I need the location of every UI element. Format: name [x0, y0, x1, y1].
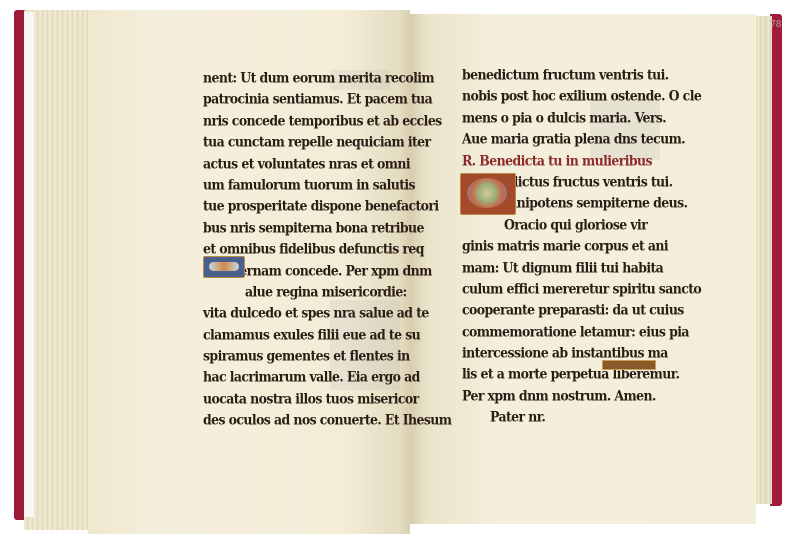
text-line: des oculos ad nos conuerte. Et Ihesum — [203, 408, 451, 433]
right-page-text: benedictum fructum ventris tui. nobis po… — [462, 64, 701, 428]
flyleaf-left — [24, 12, 34, 517]
folio-number: 78 — [770, 20, 781, 30]
gold-line-filler — [602, 360, 656, 370]
left-page-text: nent: Ut dum eorum merita recolim patroc… — [203, 67, 451, 431]
illuminated-initial-o — [460, 173, 516, 215]
illuminated-initial-s — [203, 256, 245, 278]
text-line: Pater nr. — [462, 405, 701, 430]
page-edges-left — [24, 10, 94, 530]
